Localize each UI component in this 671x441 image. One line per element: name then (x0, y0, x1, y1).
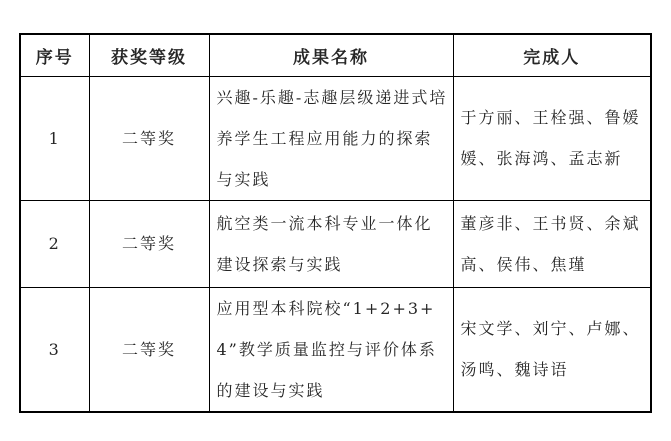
table-row: 1 二等奖 兴趣-乐趣-志趣层级递进式培养学生工程应用能力的探索与实践 于方丽、… (20, 76, 651, 200)
row3-completers: 宋文学、刘宁、卢娜、汤鸣、魏诗语 (453, 287, 651, 412)
award-table: 序号 获奖等级 成果名称 完成人 1 二等奖 兴趣-乐趣-志趣层级递进式培养学生… (19, 33, 652, 413)
row2-index: 2 (20, 200, 89, 287)
table-header-row: 序号 获奖等级 成果名称 完成人 (20, 34, 651, 76)
row3-achievement-name: 应用型本科院校“1+2+3+4”教学质量监控与评价体系的建设与实践 (209, 287, 453, 412)
row1-completers: 于方丽、王栓强、鲁媛媛、张海鸿、孟志新 (453, 76, 651, 200)
header-index: 序号 (20, 34, 89, 76)
table-row: 2 二等奖 航空类一流本科专业一体化建设探索与实践 董彦非、王书贤、余斌高、侯伟… (20, 200, 651, 287)
row3-index: 3 (20, 287, 89, 412)
header-achievement-name: 成果名称 (209, 34, 453, 76)
row2-award-level: 二等奖 (89, 200, 209, 287)
row2-completers: 董彦非、王书贤、余斌高、侯伟、焦瑾 (453, 200, 651, 287)
row1-award-level: 二等奖 (89, 76, 209, 200)
row2-achievement-name: 航空类一流本科专业一体化建设探索与实践 (209, 200, 453, 287)
table-row: 3 二等奖 应用型本科院校“1+2+3+4”教学质量监控与评价体系的建设与实践 … (20, 287, 651, 412)
row1-achievement-name: 兴趣-乐趣-志趣层级递进式培养学生工程应用能力的探索与实践 (209, 76, 453, 200)
page: 序号 获奖等级 成果名称 完成人 1 二等奖 兴趣-乐趣-志趣层级递进式培养学生… (0, 0, 671, 441)
header-completers: 完成人 (453, 34, 651, 76)
header-award-level: 获奖等级 (89, 34, 209, 76)
row1-index: 1 (20, 76, 89, 200)
row3-award-level: 二等奖 (89, 287, 209, 412)
